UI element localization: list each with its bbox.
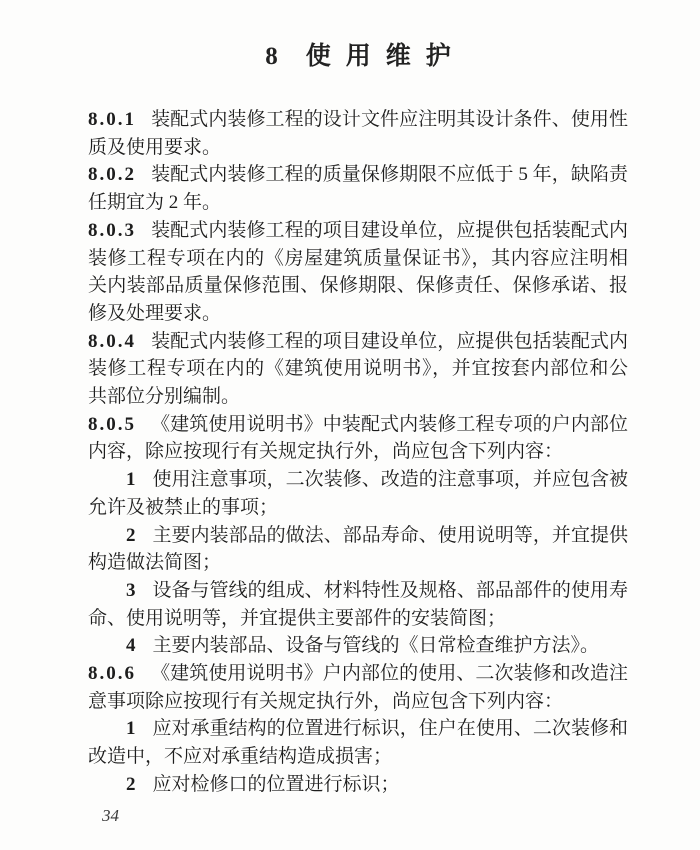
list-item-paragraph: 1应对承重结构的位置进行标识，住户在使用、二次装修和改造中，不应对承重结构造成损… (88, 715, 628, 770)
paragraph-text: 主要内装部品的做法、部品寿命、使用说明等，并宜提供构造做法简图； (88, 525, 628, 574)
item-number: 1 (126, 469, 153, 490)
paragraph-text: 装配式内装修工程的项目建设单位，应提供包括装配式内装修工程专项在内的《建筑使用说… (88, 331, 628, 407)
item-number: 3 (126, 580, 153, 601)
list-item-paragraph: 2应对检修口的位置进行标识； (88, 771, 628, 799)
section-paragraph: 8.0.3装配式内装修工程的项目建设单位，应提供包括装配式内装修工程专项在内的《… (88, 217, 628, 328)
paragraph-text: 设备与管线的组成、材料特性及规格、部品部件的使用寿命、使用说明等，并宜提供主要部… (88, 580, 628, 629)
section-number: 8.0.4 (88, 331, 151, 352)
paragraph-text: 应对承重结构的位置进行标识，住户在使用、二次装修和改造中，不应对承重结构造成损害… (88, 718, 628, 767)
item-number: 4 (126, 635, 153, 656)
paragraph-text: 应对检修口的位置进行标识； (153, 774, 400, 795)
section-paragraph: 8.0.2装配式内装修工程的质量保修期限不应低于 5 年，缺陷责任期宜为 2 年… (88, 161, 628, 216)
document-body: 8.0.1装配式内装修工程的设计文件应注明其设计条件、使用性质及使用要求。 8.… (88, 106, 628, 799)
paragraph-text: 装配式内装修工程的质量保修期限不应低于 5 年，缺陷责任期宜为 2 年。 (88, 164, 628, 213)
paragraph-text: 主要内装部品、设备与管线的《日常检查维护方法》。 (153, 635, 600, 656)
item-number: 2 (126, 525, 153, 546)
paragraph-text: 使用注意事项，二次装修、改造的注意事项，并应包含被允许及被禁止的事项； (88, 469, 628, 518)
paragraph-text: 《建筑使用说明书》中装配式内装修工程专项的户内部位内容，除应按现行有关规定执行外… (88, 414, 628, 463)
section-number: 8.0.5 (88, 414, 151, 435)
item-number: 1 (126, 718, 153, 739)
section-paragraph: 8.0.1装配式内装修工程的设计文件应注明其设计条件、使用性质及使用要求。 (88, 106, 628, 161)
document-page: 8使用维护 8.0.1装配式内装修工程的设计文件应注明其设计条件、使用性质及使用… (0, 0, 700, 850)
list-item-paragraph: 3设备与管线的组成、材料特性及规格、部品部件的使用寿命、使用说明等，并宜提供主要… (88, 577, 628, 632)
section-paragraph: 8.0.5《建筑使用说明书》中装配式内装修工程专项的户内部位内容，除应按现行有关… (88, 411, 628, 466)
section-number: 8.0.6 (88, 663, 151, 684)
list-item-paragraph: 1使用注意事项，二次装修、改造的注意事项，并应包含被允许及被禁止的事项； (88, 466, 628, 521)
section-number: 8.0.1 (88, 109, 151, 130)
paragraph-text: 《建筑使用说明书》户内部位的使用、二次装修和改造注意事项除应按现行有关规定执行外… (88, 663, 628, 712)
section-paragraph: 8.0.4装配式内装修工程的项目建设单位，应提供包括装配式内装修工程专项在内的《… (88, 328, 628, 411)
list-item-paragraph: 4主要内装部品、设备与管线的《日常检查维护方法》。 (88, 632, 628, 660)
section-paragraph: 8.0.6《建筑使用说明书》户内部位的使用、二次装修和改造注意事项除应按现行有关… (88, 660, 628, 715)
page-number: 34 (102, 806, 628, 826)
list-item-paragraph: 2主要内装部品的做法、部品寿命、使用说明等，并宜提供构造做法简图； (88, 522, 628, 577)
chapter-title: 8使用维护 (88, 42, 628, 72)
paragraph-text: 装配式内装修工程的设计文件应注明其设计条件、使用性质及使用要求。 (88, 109, 628, 158)
paragraph-text: 装配式内装修工程的项目建设单位，应提供包括装配式内装修工程专项在内的《房屋建筑质… (88, 220, 628, 324)
chapter-title-text: 使用维护 (306, 43, 466, 70)
chapter-number: 8 (265, 43, 278, 70)
section-number: 8.0.3 (88, 220, 151, 241)
item-number: 2 (126, 774, 153, 795)
section-number: 8.0.2 (88, 164, 151, 185)
